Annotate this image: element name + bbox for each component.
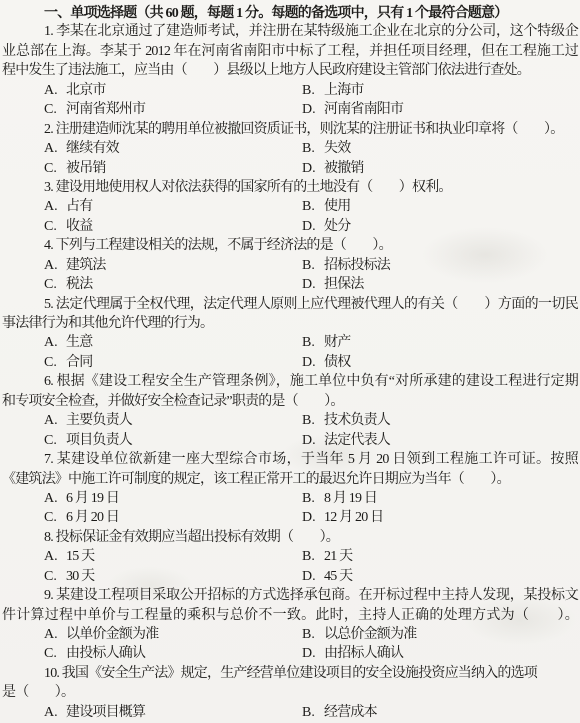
question-9-option-b: B.以总价金额为准 bbox=[302, 625, 578, 644]
question-3-options-row-ab: A.占有 B.使用 bbox=[0, 197, 580, 216]
question-6-option-c-text: 项目负责人 bbox=[66, 433, 132, 448]
question-5-option-a: A.生意 bbox=[44, 333, 302, 352]
question-9-options-row-cd: C.由投标人确认 D.由招标人确认 bbox=[0, 644, 580, 663]
question-3-option-c-label: C. bbox=[44, 217, 66, 236]
question-6-option-c: C.项目负责人 bbox=[44, 431, 302, 450]
question-7-option-a-text: 6 月 19 日 bbox=[66, 491, 119, 506]
question-7-option-b-text: 8 月 19 日 bbox=[324, 491, 377, 506]
question-4-option-b: B.招标投标法 bbox=[302, 256, 578, 275]
question-3-option-d-label: D. bbox=[302, 217, 324, 236]
question-7-option-a: A.6 月 19 日 bbox=[44, 489, 302, 508]
question-6-stem-line-2: 和专项安全检查，并做好安全检查记录”职责的是（ ）。 bbox=[0, 392, 580, 411]
section-note: （共 60 题，每题 1 分。每题的备选项中，只有 1 个最符合题意） bbox=[136, 6, 507, 21]
question-7-stem-line-2: 《建筑法》中施工许可制度的规定，该工程正常开工的最迟允许日期应为当年（ ）。 bbox=[0, 470, 580, 489]
question-7-stem-line-1: 7. 某建设单位欲新建一座大型综合市场，于当年 5 月 20 日领到工程施工许可… bbox=[0, 450, 580, 469]
question-4-options-row-cd: C.税法 D.担保法 bbox=[0, 275, 580, 294]
question-6-option-b-text: 技术负责人 bbox=[324, 413, 390, 428]
question-8-option-c-text: 30 天 bbox=[66, 569, 94, 584]
question-3-option-a-label: A. bbox=[44, 197, 66, 216]
question-1-option-a-label: A. bbox=[44, 81, 66, 100]
question-5-stem-line-1: 5. 法定代理属于全权代理，法定代理人原则上应代理被代理人的有关（ ）方面的一切… bbox=[0, 295, 580, 314]
question-3-stem-line-1: 3. 建设用地使用权人对依法获得的国家所有的土地没有（ ）权利。 bbox=[0, 178, 580, 197]
question-10-option-b-text: 经营成本 bbox=[324, 705, 377, 720]
question-8-stem-line-1: 8. 投标保证金有效期应当超出投标有效期（ ）。 bbox=[0, 528, 580, 547]
question-8-option-d-text: 45 天 bbox=[324, 569, 352, 584]
question-6-option-b: B.技术负责人 bbox=[302, 411, 578, 430]
question-8-options-row-cd: C.30 天 D.45 天 bbox=[0, 567, 580, 586]
question-5-stem-line-2: 事法律行为和其他允许代理的行为。 bbox=[0, 314, 580, 333]
question-6-option-a-text: 主要负责人 bbox=[66, 413, 132, 428]
question-1-option-a-text: 北京市 bbox=[66, 83, 106, 98]
question-2-option-c-text: 被吊销 bbox=[66, 161, 106, 176]
question-4-option-c-text: 税法 bbox=[66, 277, 92, 292]
question-10-stem-line-1: 10. 我国《安全生产法》规定，生产经营单位建设项目的安全设施投资应当纳入的选项 bbox=[0, 664, 580, 683]
question-2-option-b-text: 失效 bbox=[324, 141, 350, 156]
question-5-option-a-text: 生意 bbox=[66, 335, 92, 350]
question-7-option-b-label: B. bbox=[302, 489, 324, 508]
question-1-stem-line-3: 程中发生了违法施工，应当由（ ）县级以上地方人民政府建设主管部门依法进行查处。 bbox=[0, 61, 580, 80]
section-header: 一、单项选择题（共 60 题，每题 1 分。每题的备选项中，只有 1 个最符合题… bbox=[0, 3, 580, 22]
question-5-options-row-ab: A.生意 B.财产 bbox=[0, 333, 580, 352]
question-7-option-d-label: D. bbox=[302, 508, 324, 527]
question-4-option-b-text: 招标投标法 bbox=[324, 258, 390, 273]
question-8-option-a-text: 15 天 bbox=[66, 549, 94, 564]
section-title: 一、单项选择题 bbox=[44, 4, 136, 20]
question-7-option-a-label: A. bbox=[44, 489, 66, 508]
question-2-option-d-label: D. bbox=[302, 159, 324, 178]
question-1-option-d: D.河南省南阳市 bbox=[302, 100, 578, 119]
question-3-option-a: A.占有 bbox=[44, 197, 302, 216]
question-6-option-d-label: D. bbox=[302, 431, 324, 450]
question-8-option-c: C.30 天 bbox=[44, 567, 302, 586]
question-3-option-b-text: 使用 bbox=[324, 199, 350, 214]
question-8-option-a-label: A. bbox=[44, 547, 66, 566]
question-8-options-row-ab: A.15 天 B.21 天 bbox=[0, 547, 580, 566]
question-9-option-b-label: B. bbox=[302, 625, 324, 644]
question-6-options-row-cd: C.项目负责人 D.法定代表人 bbox=[0, 431, 580, 450]
question-9-option-d-text: 由招标人确认 bbox=[324, 646, 403, 661]
question-6-option-d: D.法定代表人 bbox=[302, 431, 578, 450]
question-4-option-a: A.建筑法 bbox=[44, 256, 302, 275]
question-4-option-c: C.税法 bbox=[44, 275, 302, 294]
question-7-option-c: C.6 月 20 日 bbox=[44, 508, 302, 527]
question-7-option-c-text: 6 月 20 日 bbox=[66, 510, 119, 525]
question-4-option-b-label: B. bbox=[302, 256, 324, 275]
question-5-option-a-label: A. bbox=[44, 333, 66, 352]
question-5-options-row-cd: C.合同 D.债权 bbox=[0, 353, 580, 372]
question-1-stem-line-2: 业总部在上海。李某于 2012 年在河南省南阳市中标了工程，并担任项目经理，但在… bbox=[0, 42, 580, 61]
question-2-option-c-label: C. bbox=[44, 159, 66, 178]
question-5-option-c-text: 合同 bbox=[66, 355, 92, 370]
question-4-option-a-label: A. bbox=[44, 256, 66, 275]
question-4-options-row-ab: A.建筑法 B.招标投标法 bbox=[0, 256, 580, 275]
question-8-option-b: B.21 天 bbox=[302, 547, 578, 566]
question-6-option-d-text: 法定代表人 bbox=[324, 433, 390, 448]
question-8-option-b-text: 21 天 bbox=[324, 549, 352, 564]
question-5-option-d: D.债权 bbox=[302, 353, 578, 372]
question-7-options-row-ab: A.6 月 19 日 B.8 月 19 日 bbox=[0, 489, 580, 508]
question-4-option-d-text: 担保法 bbox=[324, 277, 364, 292]
question-3-option-d-text: 处分 bbox=[324, 219, 350, 234]
question-8-option-a: A.15 天 bbox=[44, 547, 302, 566]
question-5-option-b-label: B. bbox=[302, 333, 324, 352]
question-10-option-a-label: A. bbox=[44, 703, 66, 722]
question-9-option-c: C.由投标人确认 bbox=[44, 644, 302, 663]
question-1-option-b: B.上海市 bbox=[302, 81, 578, 100]
question-6-option-b-label: B. bbox=[302, 411, 324, 430]
question-9-stem-line-1: 9. 某建设工程项目采取公开招标的方式选择承包商。在开标过程中主持人发现，某投标… bbox=[0, 586, 580, 605]
question-1-option-b-label: B. bbox=[302, 81, 324, 100]
question-2-option-c: C.被吊销 bbox=[44, 159, 302, 178]
question-10-stem-line-2: 是（ ）。 bbox=[0, 683, 580, 702]
question-8-option-c-label: C. bbox=[44, 567, 66, 586]
question-5-option-b: B.财产 bbox=[302, 333, 578, 352]
question-1-option-c-text: 河南省郑州市 bbox=[66, 102, 145, 117]
question-1-stem-line-1: 1. 李某在北京通过了建造师考试，并注册在某特级施工企业在北京的分公司，这个特级… bbox=[0, 22, 580, 41]
question-1-option-a: A.北京市 bbox=[44, 81, 302, 100]
question-2-options-row-ab: A.继续有效 B.失效 bbox=[0, 139, 580, 158]
question-6-stem-line-1: 6. 根据《建设工程安全生产管理条例》，施工单位中负有“对所承建的建设工程进行定… bbox=[0, 372, 580, 391]
question-10-option-b: B.经营成本 bbox=[302, 703, 578, 722]
question-3-option-d: D.处分 bbox=[302, 217, 578, 236]
question-2-option-d-text: 被撤销 bbox=[324, 161, 364, 176]
question-6-option-a: A.主要负责人 bbox=[44, 411, 302, 430]
question-3-option-b: B.使用 bbox=[302, 197, 578, 216]
question-3-option-b-label: B. bbox=[302, 197, 324, 216]
question-9-stem-line-2: 件计算过程中单价与工程量的乘积与总价不一致。此时，主持人正确的处理方式为（ ）。 bbox=[0, 606, 580, 625]
question-4-option-c-label: C. bbox=[44, 275, 66, 294]
question-6-option-a-label: A. bbox=[44, 411, 66, 430]
question-1-option-d-text: 河南省南阳市 bbox=[324, 102, 403, 117]
question-9-option-a: A.以单价金额为准 bbox=[44, 625, 302, 644]
question-6-option-c-label: C. bbox=[44, 431, 66, 450]
question-1-option-d-label: D. bbox=[302, 100, 324, 119]
question-5-option-b-text: 财产 bbox=[324, 335, 350, 350]
question-10-option-a-text: 建设项目概算 bbox=[66, 705, 145, 720]
question-3-option-c-text: 收益 bbox=[66, 219, 92, 234]
question-1-option-b-text: 上海市 bbox=[324, 83, 364, 98]
question-2-option-d: D.被撤销 bbox=[302, 159, 578, 178]
question-3-options-row-cd: C.收益 D.处分 bbox=[0, 217, 580, 236]
question-6-options-row-ab: A.主要负责人 B.技术负责人 bbox=[0, 411, 580, 430]
question-7-option-c-label: C. bbox=[44, 508, 66, 527]
question-1-option-c-label: C. bbox=[44, 100, 66, 119]
question-9-option-b-text: 以总价金额为准 bbox=[324, 627, 416, 642]
question-3-option-c: C.收益 bbox=[44, 217, 302, 236]
question-4-option-d: D.担保法 bbox=[302, 275, 578, 294]
question-4-option-a-text: 建筑法 bbox=[66, 258, 106, 273]
question-2-option-b: B.失效 bbox=[302, 139, 578, 158]
question-8-option-d-label: D. bbox=[302, 567, 324, 586]
question-10-options-row-ab: A.建设项目概算 B.经营成本 bbox=[0, 703, 580, 722]
question-2-stem-line-1: 2. 注册建造师沈某的聘用单位被撤回资质证书，则沈某的注册证书和执业印章将（ ）… bbox=[0, 120, 580, 139]
question-8-option-d: D.45 天 bbox=[302, 567, 578, 586]
question-7-option-d: D.12 月 20 日 bbox=[302, 508, 578, 527]
question-9-option-a-label: A. bbox=[44, 625, 66, 644]
question-4-stem-line-1: 4. 下列与工程建设相关的法规，不属于经济法的是（ ）。 bbox=[0, 236, 580, 255]
question-5-option-c-label: C. bbox=[44, 353, 66, 372]
question-5-option-c: C.合同 bbox=[44, 353, 302, 372]
question-4-option-d-label: D. bbox=[302, 275, 324, 294]
question-2-option-a-text: 继续有效 bbox=[66, 141, 119, 156]
question-9-option-c-text: 由投标人确认 bbox=[66, 646, 145, 661]
question-1-option-c: C.河南省郑州市 bbox=[44, 100, 302, 119]
question-9-options-row-ab: A.以单价金额为准 B.以总价金额为准 bbox=[0, 625, 580, 644]
question-2-option-a: A.继续有效 bbox=[44, 139, 302, 158]
question-7-option-d-text: 12 月 20 日 bbox=[324, 510, 383, 525]
question-2-options-row-cd: C.被吊销 D.被撤销 bbox=[0, 159, 580, 178]
exam-page: 一、单项选择题（共 60 题，每题 1 分。每题的备选项中，只有 1 个最符合题… bbox=[0, 0, 580, 723]
question-7-option-b: B.8 月 19 日 bbox=[302, 489, 578, 508]
question-5-option-d-label: D. bbox=[302, 353, 324, 372]
question-7-options-row-cd: C.6 月 20 日 D.12 月 20 日 bbox=[0, 508, 580, 527]
question-9-option-d-label: D. bbox=[302, 644, 324, 663]
question-2-option-a-label: A. bbox=[44, 139, 66, 158]
question-5-option-d-text: 债权 bbox=[324, 355, 350, 370]
question-2-option-b-label: B. bbox=[302, 139, 324, 158]
question-1-options-row-cd: C.河南省郑州市 D.河南省南阳市 bbox=[0, 100, 580, 119]
question-3-option-a-text: 占有 bbox=[66, 199, 92, 214]
question-9-option-c-label: C. bbox=[44, 644, 66, 663]
question-10-option-b-label: B. bbox=[302, 703, 324, 722]
question-9-option-a-text: 以单价金额为准 bbox=[66, 627, 158, 642]
question-8-option-b-label: B. bbox=[302, 547, 324, 566]
question-10-option-a: A.建设项目概算 bbox=[44, 703, 302, 722]
question-9-option-d: D.由招标人确认 bbox=[302, 644, 578, 663]
question-1-options-row-ab: A.北京市 B.上海市 bbox=[0, 81, 580, 100]
